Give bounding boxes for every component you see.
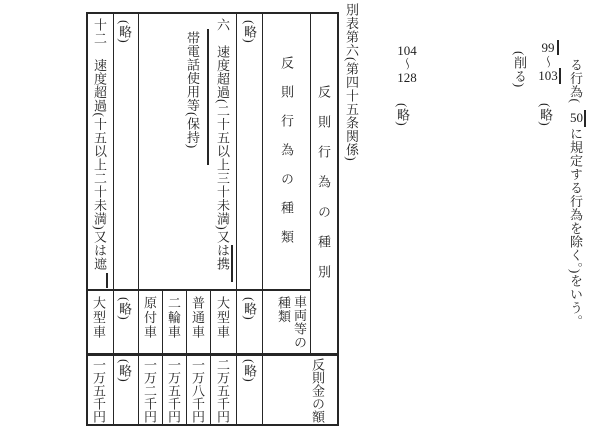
row6-vehicle-3: 原付車 — [143, 296, 156, 340]
abbr-cell-right-band3: (略) — [243, 359, 256, 382]
abbr-cell-right-band2: (略) — [243, 297, 256, 320]
grid-line-v6 — [236, 12, 237, 426]
row6-vehicle-2: 二輪車 — [167, 296, 180, 340]
abbr-cell-mid-band3: (略) — [118, 359, 131, 382]
appendix-heading: 別表第六(第四十五条関係) — [345, 3, 358, 161]
revision-mark-99 — [557, 40, 559, 55]
abbr-cell-mid-band2: (略) — [118, 297, 131, 320]
grid-line-bottom — [86, 424, 339, 426]
definition-tail-number: 50 — [568, 111, 585, 124]
row6-fine-3: 一万二千円 — [143, 358, 156, 423]
grid-line-band1 — [86, 289, 311, 291]
row6-fine-2: 一万五千円 — [167, 358, 180, 423]
grid-line-v8 — [310, 12, 311, 356]
definition-tail-rest: に規定する行為を除く。)をいう。 — [569, 127, 582, 328]
revision-mark-103 — [559, 68, 561, 84]
abbr-cell-mid-band1: (略) — [118, 20, 131, 43]
row6-vehicle-1: 普通車 — [191, 296, 204, 340]
row6-label-line2: 帯電話使用等(保持) — [186, 31, 199, 149]
row6-fine-0: 二万五千円 — [216, 358, 229, 423]
range-kept-from: 104 — [395, 44, 419, 57]
range-deleted-wave: 〜 — [541, 55, 554, 69]
grid-line-top — [86, 12, 339, 14]
revision-mark-50 — [584, 110, 586, 127]
range-deleted-abbr: (略) — [539, 103, 552, 126]
grid-line-band2 — [86, 353, 339, 356]
row6-fine-1: 一万八千円 — [191, 358, 204, 423]
range-kept-abbr: (略) — [396, 103, 409, 126]
range-deleted-to: 103 — [536, 69, 560, 82]
revision-mark-row12 — [106, 273, 108, 288]
row12-vehicle: 大型車 — [92, 296, 105, 340]
revision-mark-row6-line1 — [231, 245, 233, 282]
grid-line-v5 — [210, 289, 211, 426]
grid-line-v2 — [138, 12, 139, 426]
grid-line-right-edge — [337, 12, 339, 426]
header-fine-amount: 反則金の額 — [311, 358, 324, 423]
row12-fine: 一万五千円 — [92, 358, 105, 423]
header-violation-kind: 反則行為の種類 — [280, 56, 293, 259]
gazette-page: 反則行為の種別 反則行為の種類 車両等の 種類 反則金の額 十二 速度超過(十五… — [0, 0, 590, 442]
header-vehicle-kind-line1: 車両等の — [293, 295, 306, 349]
range-kept-wave: 〜 — [400, 57, 413, 71]
range-deleted-from: 99 — [538, 41, 558, 54]
abbr-cell-right-band1: (略) — [243, 20, 256, 43]
grid-line-v3 — [162, 289, 163, 426]
header-violation-class: 反則行為の種別 — [317, 85, 330, 295]
grid-line-v7 — [262, 12, 263, 426]
row12-label: 十二 速度超過(十五以上二十未満)又は遮 — [93, 18, 106, 271]
row6-vehicle-0: 大型車 — [216, 296, 229, 340]
grid-line-left-edge — [86, 12, 88, 426]
revision-mark-row6-line2 — [207, 29, 209, 165]
grid-line-v1 — [113, 12, 114, 426]
header-vehicle-kind-line2: 種類 — [277, 296, 290, 323]
range-kept-to: 128 — [395, 71, 419, 84]
range-deleted-action: (削る) — [513, 51, 526, 88]
grid-line-v4 — [186, 289, 187, 426]
definition-tail-head: る行為( — [569, 58, 582, 103]
row6-label-line1: 六 速度超過(二十五以上三十未満)又は携 — [216, 18, 229, 271]
